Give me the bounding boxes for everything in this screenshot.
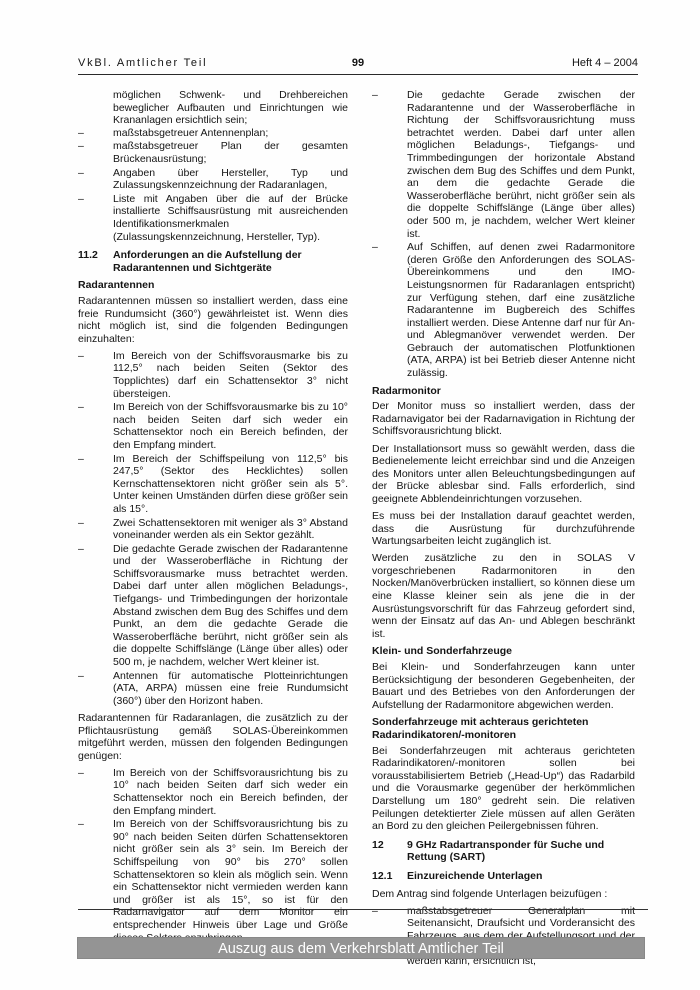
section-title: 9 GHz Radartransponder für Suche und Ret… [407,839,635,864]
list-item: – Liste mit Angaben über die auf der Brü… [78,193,348,243]
dash-marker: – [372,241,407,380]
list-item: – maßstabsgetreuer Antennenplan; [78,127,348,140]
list-item-text: Angaben über Hersteller, Typ und Zulassu… [113,167,348,192]
list-item-text: maßstabsgetreuer Plan der gesamten Brück… [113,140,348,165]
text-columns: möglichen Schwenk- und Drehbereichen bew… [78,89,635,972]
paragraph: Bei Klein- und Sonderfahrzeugen kann unt… [372,661,635,711]
section-number: 11.2 [78,249,113,274]
dash-marker: – [78,767,113,817]
list-item-text: Im Bereich der Schiffspeilung von 112,5°… [113,453,348,516]
section-number: 12 [372,839,407,864]
list-item: – Im Bereich von der Schiffsvorausrichtu… [78,767,348,817]
paragraph: Werden zusätzliche zu den in SOLAS V vor… [372,552,635,640]
dash-marker: – [372,89,407,240]
list-item: – maßstabsgetreuer Plan der gesamten Brü… [78,140,348,165]
issue-label: Heft 4 – 2004 [364,57,638,69]
dash-marker: – [78,193,113,243]
list-item-text: Die gedachte Gerade zwischen der Radaran… [113,543,348,669]
footer-divider [78,909,648,910]
subheading-radarmonitor: Radarmonitor [372,385,635,398]
dash-marker: – [78,543,113,669]
list-item-text: Die gedachte Gerade zwischen der Radaran… [407,89,635,240]
section-title: Anforderungen an die Aufstellung der Rad… [113,249,348,274]
paragraph: Der Monitor muss so installiert werden, … [372,400,635,438]
section-heading-12-1: 12.1 Einzureichende Unterlagen [372,870,635,883]
journal-title: VkBl. Amtlicher Teil [78,57,352,69]
list-item-text: Im Bereich von der Schiffsvorausrichtung… [113,818,348,944]
subheading-sonderfahrzeuge-achteraus: Sonderfahrzeuge mit achteraus gerichtete… [372,716,635,741]
page-number: 99 [352,57,364,69]
document-page: VkBl. Amtlicher Teil 99 Heft 4 – 2004 mö… [0,0,700,990]
section-heading-11-2: 11.2 Anforderungen an die Aufstellung de… [78,249,348,274]
subheading-radarantennen: Radarantennen [78,279,348,292]
list-item-text: Im Bereich von der Schiffsvorausmarke bi… [113,401,348,451]
list-item: – Zwei Schattensektoren mit weniger als … [78,517,348,542]
dash-marker: – [78,670,113,708]
list-item: – Im Bereich von der Schiffsvorausrichtu… [78,818,348,944]
dash-marker: – [78,140,113,165]
additional-conditions-list: – Im Bereich von der Schiffsvorausrichtu… [78,767,348,944]
list-item-text: Zwei Schattensektoren mit weniger als 3°… [113,517,348,542]
conditions-list: – Im Bereich von der Schiffsvorausmarke … [78,350,348,708]
page-header: VkBl. Amtlicher Teil 99 Heft 4 – 2004 [78,57,638,75]
right-column: – Die gedachte Gerade zwischen der Radar… [372,89,635,972]
dash-marker: – [78,127,113,140]
dash-marker: – [78,517,113,542]
list-item: – Die gedachte Gerade zwischen der Radar… [372,89,635,240]
list-item: – Antennen für automatische Plotteinrich… [78,670,348,708]
left-column: möglichen Schwenk- und Drehbereichen bew… [78,89,348,972]
list-item-text: Liste mit Angaben über die auf der Brück… [113,193,348,243]
conditions-list-continued: – Die gedachte Gerade zwischen der Radar… [372,89,635,380]
dash-marker: – [78,167,113,192]
list-item: – Angaben über Hersteller, Typ und Zulas… [78,167,348,192]
list-item-text: Im Bereich von der Schiffsvorausmarke bi… [113,350,348,400]
paragraph: Es muss bei der Installation darauf geac… [372,510,635,548]
section-title: Einzureichende Unterlagen [407,870,635,883]
list-item-text: Im Bereich von der Schiffsvorausrichtung… [113,767,348,817]
list-item: – Im Bereich der Schiffspeilung von 112,… [78,453,348,516]
dash-marker: – [78,350,113,400]
list-item: – Die gedachte Gerade zwischen der Radar… [78,543,348,669]
footer-banner: Auszug aus dem Verkehrsblatt Amtlicher T… [77,937,645,959]
list-item: – Im Bereich von der Schiffsvorausmarke … [78,350,348,400]
section-heading-12: 12 9 GHz Radartransponder für Suche und … [372,839,635,864]
list-item: – Im Bereich von der Schiffsvorausmarke … [78,401,348,451]
list-item-text: maßstabsgetreuer Antennenplan; [113,127,348,140]
section-number: 12.1 [372,870,407,883]
paragraph: Radarantennen für Radaranlagen, die zusä… [78,712,348,762]
subheading-klein-sonderfahrzeuge: Klein- und Sonderfahrzeuge [372,645,635,658]
paragraph: Bei Sonderfahrzeugen mit achteraus geric… [372,745,635,833]
dash-marker: – [78,818,113,944]
paragraph: Dem Antrag sind folgende Unterlagen beiz… [372,888,635,901]
dash-marker: – [78,401,113,451]
documents-list: – maßstabsgetreuer Antennenplan; – maßst… [78,127,348,243]
paragraph: Der Installationsort muss so gewählt wer… [372,443,635,506]
dash-marker: – [78,453,113,516]
list-item: – Auf Schiffen, auf denen zwei Radarmoni… [372,241,635,380]
paragraph: Radarantennen müssen so installiert werd… [78,295,348,345]
continuation-paragraph: möglichen Schwenk- und Drehbereichen bew… [113,89,348,127]
list-item-text: Antennen für automatische Plotteinrichtu… [113,670,348,708]
list-item-text: Auf Schiffen, auf denen zwei Radarmonito… [407,241,635,380]
